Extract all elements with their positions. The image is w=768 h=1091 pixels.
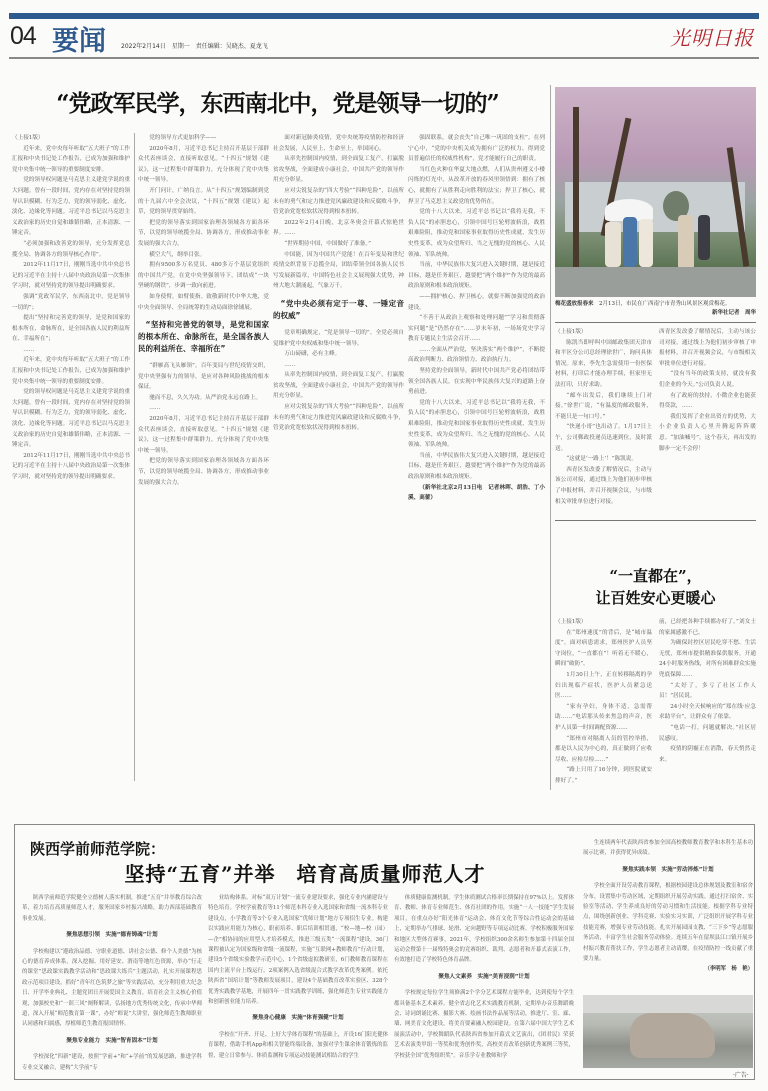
paragraph: 学校构建以“遵政治品德、守职业道德、讲社会公德、修个人美德”为核心的德育养成体系… xyxy=(22,947,202,1030)
paragraph: …… xyxy=(138,403,269,414)
paragraph: 提出“坚持和完善党的领导，是党和国家的根本所在、命脉所在，是全国各族人民的利益所… xyxy=(12,313,130,345)
paragraph: 我们发挥了企业出资方的优势，大小企业负责人心里升腾起阵阵暖意。“加油喊号”，这个… xyxy=(659,412,756,454)
newspaper-masthead-logo: 光明日报 xyxy=(670,22,754,51)
photo-inscribed-rock xyxy=(630,1013,715,1058)
paragraph: 驰而不息，久久为功。从严治党永远在路上。 xyxy=(138,393,269,404)
paragraph: “路上只用了16分钟，到医院就安排好了。” xyxy=(555,765,652,786)
paragraph: 党的十八大以来，习近平总书记以“我将无我，不负人民”的赤胆忠心，引领中国号巨轮劈… xyxy=(408,398,545,451)
paragraph: 2012年11月17日，刚刚当选中共中央总书记的习近平在主持十八届中央政治局第一… xyxy=(12,260,130,292)
plum-blossom-photo[interactable] xyxy=(555,87,756,297)
paragraph: 有了政府的扶持，小微企业也能获得贷款，…… xyxy=(659,391,756,412)
story2-column-2: 西青区发改委了解情况后，主动与该公司对接，通过线上为他们初步审核了申报材料，并召… xyxy=(659,327,756,509)
ad-subhead: 聚焦人文素养 实施“美育浸润”计划 xyxy=(394,972,574,982)
header-top-bar xyxy=(9,13,759,19)
paragraph: 把党的领导落实到国家治理各领域各方面各环节，以党的领导统揽全局、协调各方，形成推… xyxy=(138,456,269,488)
paragraph: 中国能，因为中国共产党能！在百年变局和世纪疫情交织背景下总揽全局，团结带领全国各… xyxy=(273,250,404,292)
section-divider xyxy=(555,520,756,521)
ad-title[interactable]: 坚持“五育”并举 培育高质量师范人才 xyxy=(60,858,550,887)
ad-subhead: 聚焦实践本领 实施“劳动淬炼”计划 xyxy=(583,865,753,875)
paragraph: 学校在“开齐、开足、上好大学体育课程”的基础上，开设16门阳光健体育课程，借助手… xyxy=(208,1030,388,1061)
paragraph: 学校全面开设劳动教育课程，根据校园建设总体规划及教室和宿舍分布，设置集中劳动区域… xyxy=(583,881,753,964)
paragraph: …… xyxy=(12,345,130,356)
caption-text: 2月13日，市民在广西南宁市青秀山风景区观赏梅花。 xyxy=(599,301,731,307)
paragraph: 业结构体系。对标“双万计划”一流专业建设要求，强化专业内涵建设与特色培育。学校学… xyxy=(208,893,388,1007)
paragraph: 2012年11月17日，刚刚当选中共中央总书记的习近平在主持十八届中央政治局第一… xyxy=(12,451,130,483)
story3-column-1: （上接1版） 在“郑州速度”的背后，是“城市温度”。面对病患需求，郑州医护人员坚… xyxy=(555,617,652,789)
ad-column-4: 生连续两年代表陕西省参加全国高校教师教育教学和本科生基本功展示比赛，并获得优异成… xyxy=(583,838,753,993)
paragraph: 面对新冠肺炎疫情，党中央统筹疫情防控和经济社会发展，人民至上、生命至上，举国同心… xyxy=(273,133,404,154)
photo-person xyxy=(623,217,637,267)
paragraph: 应对尖锐复杂的“四大考验”“四种危险”，以前所未有的勇气和定力推进党风廉政建设和… xyxy=(273,186,404,218)
photo-wall xyxy=(565,182,745,232)
paragraph: “邮车出发后，我们继续上门对接。”徐世广说，“有温度的邮政服务，不能只是一句口号… xyxy=(555,391,652,423)
paragraph: 学校深化“四新”建设，按照“学前+”和“+学前”的发展思路，推进学科专业交叉融合… xyxy=(22,1052,202,1073)
paragraph: 横空大气，纲举目张。 xyxy=(138,250,269,261)
paragraph: 近年来，党中央每年听取“五大班子”的工作汇报和中央书记处工作报告，已成为加强和维… xyxy=(12,144,130,176)
paragraph: 体质健康监测机制，学生体质测试合格率长期保持在97%以上。发挥体育、教师、体育专… xyxy=(394,893,574,966)
paragraph: ——拥护核心、捍卫核心，就要不断加强党的政治建设。 xyxy=(408,292,545,313)
ad-subhead: 聚焦思想引领 实施“德育铸魂”计划 xyxy=(22,930,202,940)
paragraph: 当前，中华民族伟大复兴进入关键时期，越是接近目标，越是任务艰巨，越要把“两个维护… xyxy=(408,451,545,483)
paragraph: 如身使臂，如臂使指。致敬新时代中华大地，党中央全面领导、全局统筹的生动局面徐徐铺… xyxy=(138,292,269,313)
paragraph: ……全面从严治党，坚决落实“两个维护”，不断提高政治判断力、政治领悟力、政治执行… xyxy=(408,345,545,366)
story2-column-1: （上接1版） 陈凯当即呼叫中国邮政集团天津市和平区分公司总经理徐世广，询问具体情… xyxy=(555,327,652,509)
paragraph: 疫情的阴霾正在消散，春天悄然走来。 xyxy=(659,744,756,765)
story3-column-2: 前，已经把各种手续都办好了。”刘女士的家属感激不已。 为确保封控区居民吃穿不愁、… xyxy=(659,617,756,789)
photo-building xyxy=(583,995,753,1013)
paragraph: 24小时全天候响应的“郑在线·应急求助平台”，让群众有了依靠。 xyxy=(659,702,756,723)
paragraph: 万山磅礴，必有主峰。 xyxy=(273,349,404,360)
campus-stone-photo[interactable] xyxy=(583,995,753,1068)
lead-headline[interactable]: “党政军民学，东西南北中，党是领导一切的” xyxy=(10,85,545,118)
paragraph: 党的领导方式更加科学—— xyxy=(138,133,269,144)
ad-kicker: 陕西学前师范学院： xyxy=(30,838,165,859)
lead-column-2: 党的领导方式更加科学—— 2020年8月，习近平总书记主持召开基层干部群众代表座… xyxy=(138,133,269,781)
paragraph: …… xyxy=(273,360,404,371)
ad-subhead: 聚焦身心健康 实施“体育强健”计划 xyxy=(208,1013,388,1023)
paragraph: 西青区发改委了解情况后，主动与该公司对接，通过线上为他们初步审核了申报材料，并召… xyxy=(555,465,652,507)
paragraph: “郑州市对隔离人员的管控举措，都是以人民为中心的，真正做到了应收尽收、应检尽检…… xyxy=(555,734,652,766)
photo-person xyxy=(605,222,621,267)
paragraph: 生连续两年代表陕西省参加全国高校教师教育教学和本科生基本功展示比赛，并获得优异成… xyxy=(583,838,753,859)
paragraph: “太好了，多亏了社区工作人员！”居民说。 xyxy=(659,681,756,702)
photo-tree-trunk xyxy=(573,107,579,287)
paragraph: “快递小哥”也出动了。1月17日上午，公司郵政投递员迅速到位，及时派送。 xyxy=(555,422,652,454)
lead-column-1: （上接1版） 近年来，党中央每年听取“五大班子”的工作汇报和中央书记处工作报告，… xyxy=(12,133,130,781)
paragraph: “不善于从政治上观察和处理问题”“学习和贯彻落实问题”是“仍然存在”……岁末年初… xyxy=(408,313,545,345)
column-divider xyxy=(134,133,135,781)
paragraph: 当前，中华民族伟大复兴进入关键时期，越是接近目标，越是任务艰巨，越要把“两个维护… xyxy=(408,260,545,292)
paragraph: 在“郑州速度”的背后，是“城市温度”。面对病患需求，郑州医护人员坚守岗位，“一直… xyxy=(555,628,652,670)
paragraph: 为确保封控区居民吃穿不愁、生活无忧，郑州市提供精准保供服务，开通24小时服务热线… xyxy=(659,638,756,680)
paragraph: 2020年8月，习近平总书记主持召开基层干部群众代表座谈会，直接听取意见。“十四… xyxy=(138,144,269,186)
continued-marker: （上接1版） xyxy=(555,617,652,628)
lead-subhead-1: “坚持和完善党的领导，是党和国家的根本所在、命脉所在，是全国各族人民的利益所在、… xyxy=(138,319,269,355)
lead-column-4: 强固联系，就会丧失“自己唯一巩固的支柱”。在列宁心中，“党的中央机关成为拥有广泛… xyxy=(408,133,545,781)
paragraph: “没有当年的政策支持，就没有我们企业的今天。”公司负责人说。 xyxy=(659,369,756,390)
paragraph: 当红色火种在华夏大地点燃，人们从贵州遵义小楼闪烁的灯光中，从改革开放的春风里领悟… xyxy=(408,165,545,207)
story3-headline-line1: “一直都在”， xyxy=(555,565,756,587)
paragraph: 坚持党的全面领导，新时代中国共产党必将团结带领全国各族人民，在实现中华民族伟大复… xyxy=(408,366,545,398)
paragraph: 1月30日上午，正在转移隔离的孕妇出现临产症状，医护人员紧急送医…… xyxy=(555,670,652,702)
photo-person xyxy=(698,215,710,260)
ad-column-3: 体质健康监测机制，学生体质测试合格率长期保持在97%以上。发挥体育、教师、体育专… xyxy=(394,893,574,1073)
paragraph: “家有孕妇，身体不适，急需帮助……”电话那头传来焦急的声音，医护人员第一时间调配… xyxy=(555,702,652,734)
paragraph: “世界期待中国，中国做好了准备。” xyxy=(273,239,404,250)
paragraph: 拥有9500多万名党员、480多万个基层党组织的中国共产党，在党中央坚强领导下，… xyxy=(138,260,269,292)
continued-marker: （上接1版） xyxy=(12,133,130,144)
ad-column-1: 陕西学前师范学院健全立德树人落实机制，推进“五育”并举教育综合改革，着力培育高质… xyxy=(22,893,202,1073)
paragraph: “电话一打，问题就解决。”社区居民感叹。 xyxy=(659,723,756,744)
photo-caption: 梅花盛放报春来 2月13日，市民在广西南宁市青秀山风景区观赏梅花。 新华社记者 … xyxy=(555,300,756,318)
paragraph: 2022年2月4日晚，北京冬奥会开幕式惊艳世界。…… xyxy=(273,218,404,239)
story3-headline[interactable]: “一直都在”， 让百姓安心更暖心 xyxy=(555,565,756,609)
paragraph: 党的领导权问题是马克思主义建党学说的重大问题。曾有一段时间，党内存在对坚持党的领… xyxy=(12,175,130,239)
paragraph: 强调“党政军民学，东西南北中，党是领导一切的”； xyxy=(12,292,130,313)
header-divider xyxy=(9,57,759,59)
edition-meta: 2022年2月14日 星期一 责任编辑：吴晓杰、夏龙飞 xyxy=(121,41,268,50)
paragraph: 党的领导权问题是马克思主义建党学说的重大问题。曾有一段时间，党内存在对坚持党的领… xyxy=(12,387,130,451)
section-divider xyxy=(555,322,756,323)
paragraph: 开门问计，广纳良言。从“十四五”规划编制到党的十九届六中全会决议，“十四五”规划… xyxy=(138,186,269,218)
paragraph: “群雁高飞头雁领”。百年变局与世纪疫情交织，党中央坚强有力的领导，是应对各种风险… xyxy=(138,361,269,393)
paragraph: “必须加强和改善党的领导，充分发挥党总揽全局、协调各方的领导核心作用”。 xyxy=(12,239,130,260)
paragraph: 陈凯当即呼叫中国邮政集团天津市和平区分公司总经理徐世广，询问具体情况。原来，李先… xyxy=(555,338,652,391)
caption-title: 梅花盛放报春来 xyxy=(555,301,594,307)
photo-person xyxy=(678,215,694,270)
paragraph: 近年来，党中央每年听取“五大班子”的工作汇报和中央书记处工作报告，已成为加强和维… xyxy=(12,355,130,387)
paragraph: 陕西学前师范学院健全立德树人落实机制，推进“五育”并举教育综合改革，着力培育高质… xyxy=(22,893,202,924)
ad-column-2: 业结构体系。对标“双万计划”一流专业建设要求，强化专业内涵建设与特色培育。学校学… xyxy=(208,893,388,1073)
paragraph: 西青区发改委了解情况后，主动与该公司对接，通过线上为他们初步审核了申报材料，并召… xyxy=(659,327,756,369)
paragraph: 学校规定每位学生须修满2个学分艺术课程方能毕业，达到使每个学生都具备基本艺术素养… xyxy=(394,988,574,1061)
ad-subhead: 聚焦专业能力 实施“智育固本”计划 xyxy=(22,1036,202,1046)
page-number: 04 xyxy=(10,22,36,51)
paragraph: 强固联系，就会丧失“自己唯一巩固的支柱”。在列宁心中，“党的中央机关成为拥有广泛… xyxy=(408,133,545,165)
paragraph: 应对尖锐复杂的“四大考验”“四种危险”，以前所未有的勇气和定力推进党风廉政建设和… xyxy=(273,402,404,434)
paragraph: 从率先控制国内疫情，到全面复工复产，打赢脱贫攻坚战，全面建成小康社会，中国共产党… xyxy=(273,370,404,402)
paragraph: 前，已经把各种手续都办好了。”刘女士的家属感激不已。 xyxy=(659,617,756,638)
photo-person xyxy=(639,219,653,267)
lead-byline: （新华社北京2月13日电 记者林晖、胡浩、丁小溪、高蕾） xyxy=(408,483,545,504)
paragraph: 2020年8月，习近平总书记主持召开基层干部群众代表座谈会，直接听取意见。“十四… xyxy=(138,414,269,456)
lead-column-3: 面对新冠肺炎疫情，党中央统筹疫情防控和经济社会发展，人民至上、生命至上，举国同心… xyxy=(273,133,404,781)
photo-path xyxy=(555,267,756,297)
paragraph: 党章明确规定，“党是领导一切的”。全党必须自觉维护党中央权威和集中统一领导。 xyxy=(273,328,404,349)
paragraph: 把党的领导落实到国家治理各领域各方面各环节，以党的领导统揽全局、协调各方，形成推… xyxy=(138,218,269,250)
story3-headline-line2: 让百姓安心更暖心 xyxy=(555,587,756,609)
ad-label: ·广告· xyxy=(733,1070,749,1079)
lead-subhead-2: “党中央必须有定于一尊、一锤定音的权威” xyxy=(273,298,404,322)
column-divider xyxy=(550,85,551,790)
paragraph: 党的十八大以来，习近平总书记以“我将无我，不负人民”的赤胆忠心，引领中国号巨轮劈… xyxy=(408,207,545,260)
paragraph: 从率先控制国内疫情，到全面复工复产，打赢脱贫攻坚战，全面建成小康社会，中国共产党… xyxy=(273,154,404,186)
section-title: 要闻 xyxy=(52,19,106,58)
photo-credit: 新华社记者 周华 xyxy=(555,309,756,318)
ad-credit: （李明军 杨 艳） xyxy=(583,964,753,974)
continued-marker: （上接1版） xyxy=(555,327,652,338)
paragraph: “这就是‘一路上’！”陈凯说。 xyxy=(555,454,652,465)
